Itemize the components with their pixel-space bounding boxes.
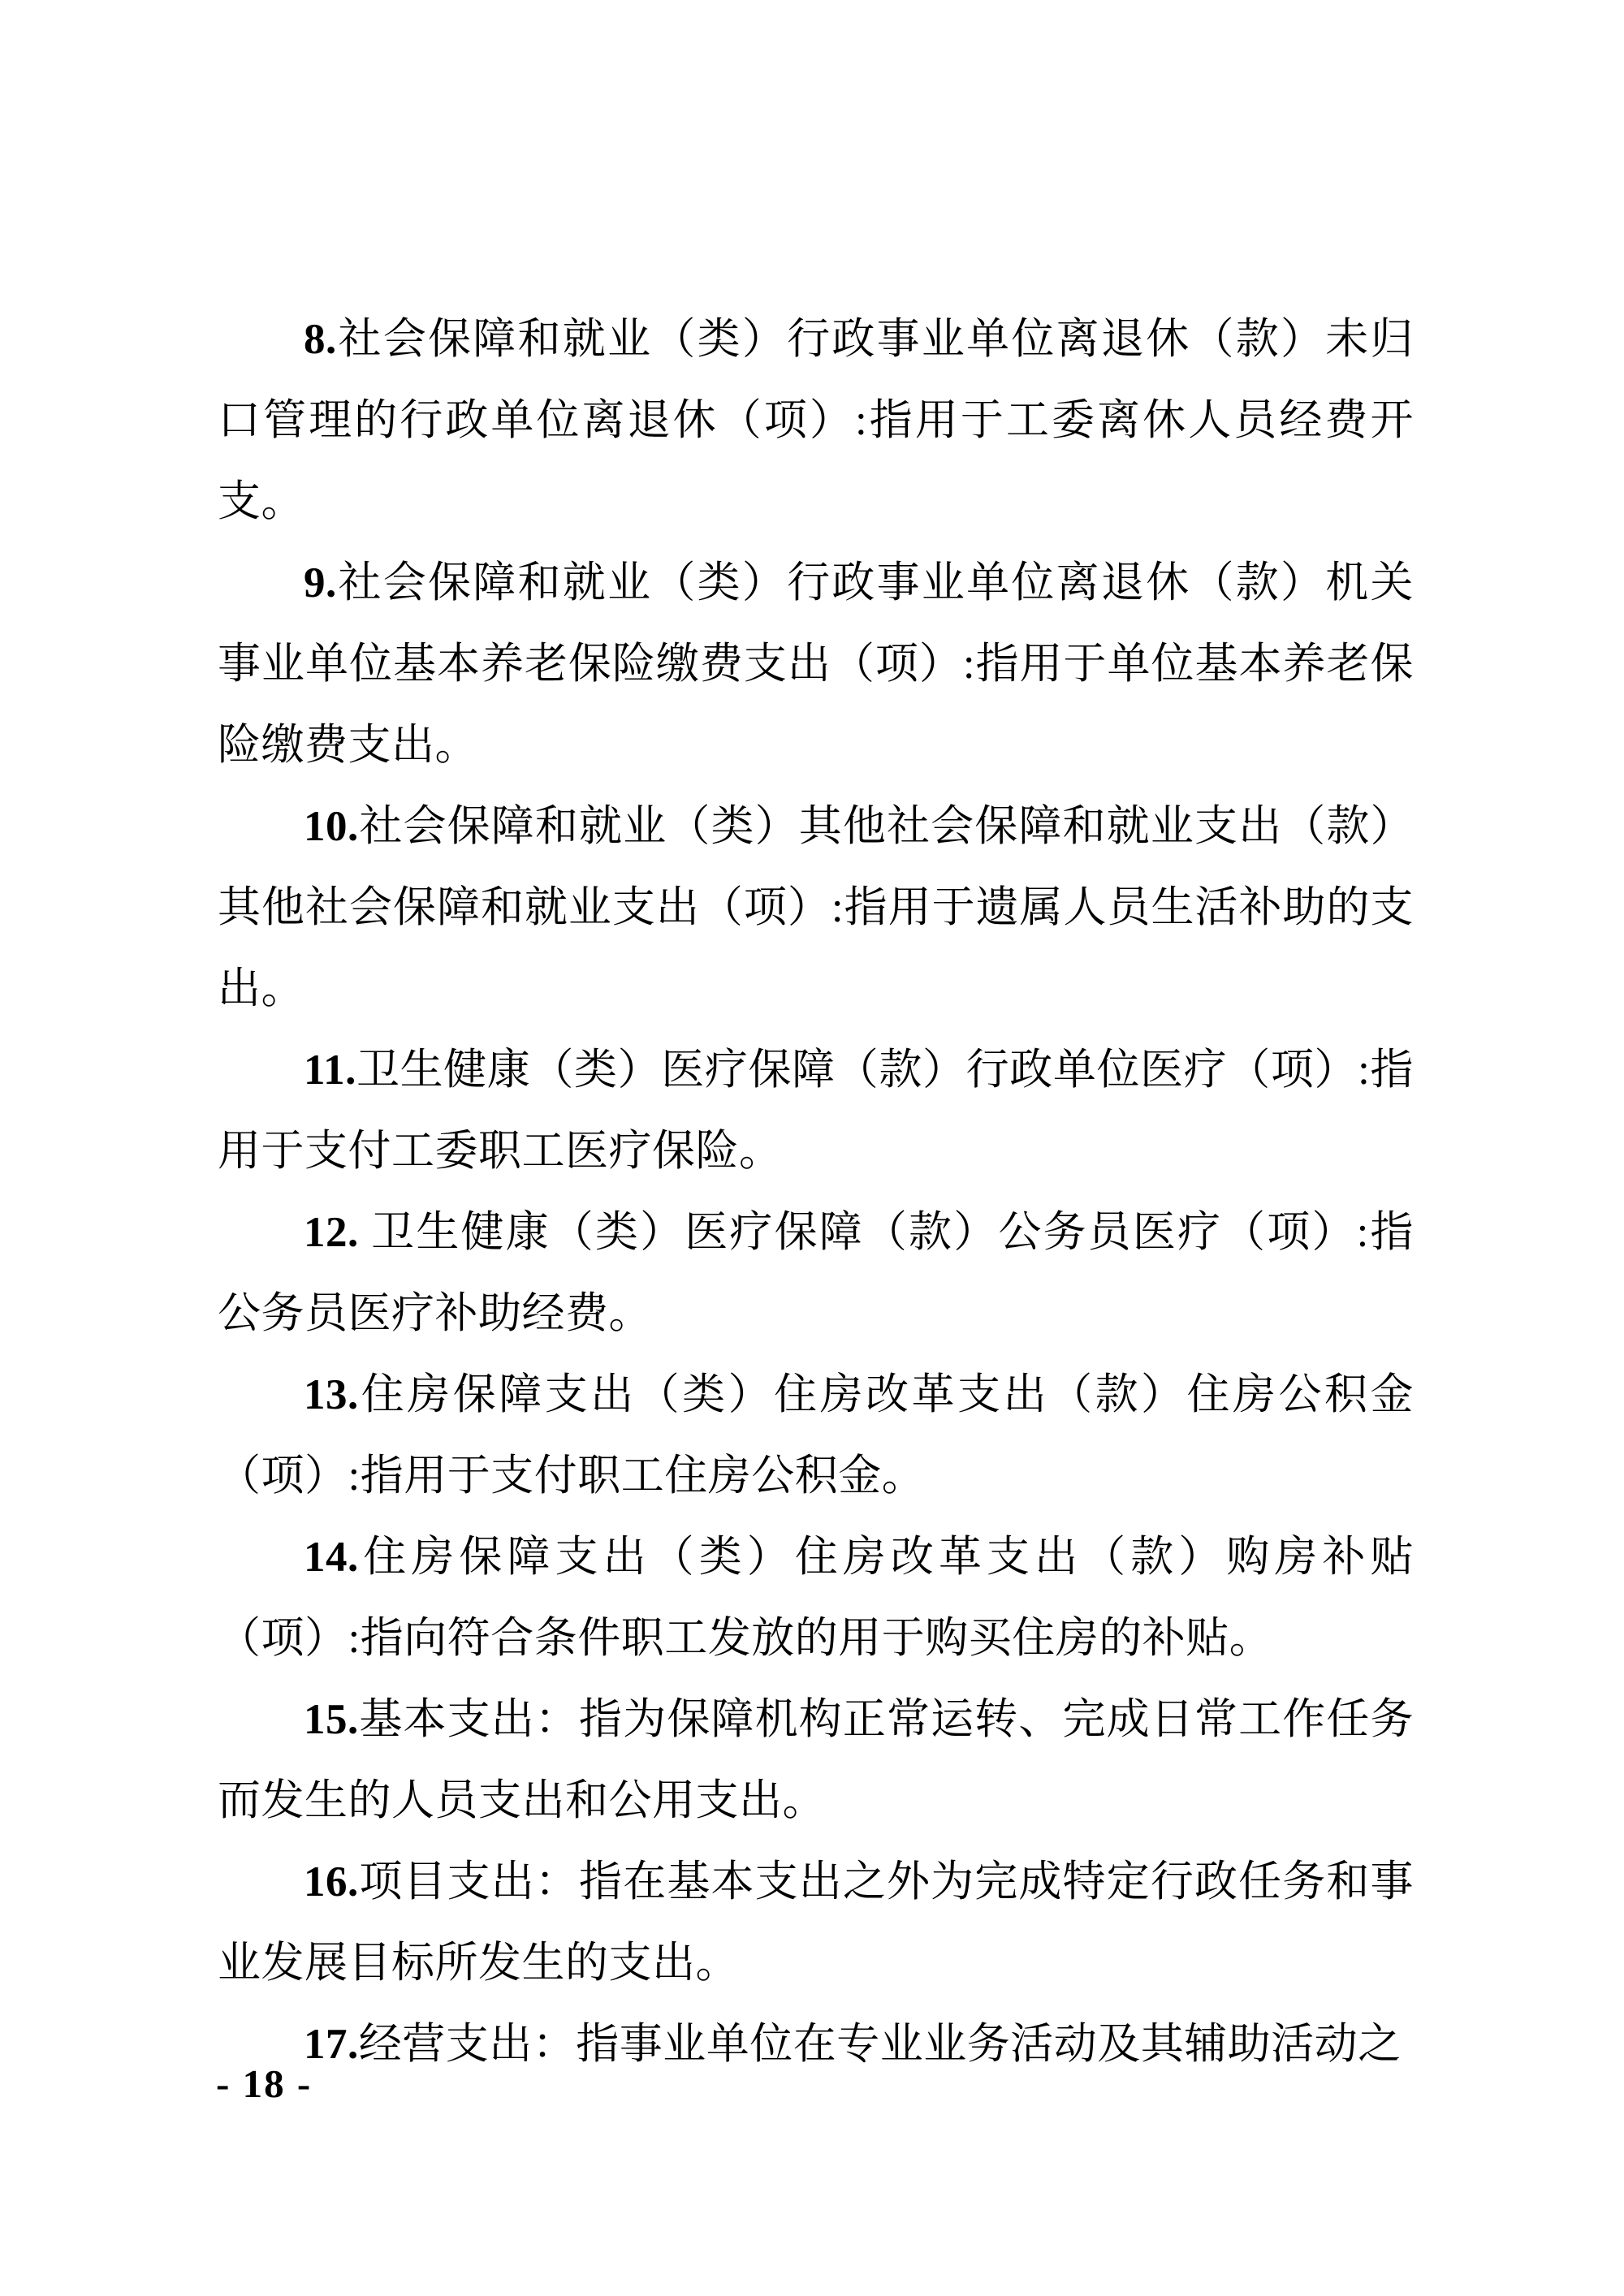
item-number: 10. bbox=[304, 803, 359, 850]
paragraph-item-14: 14.住房保障支出（类）住房改革支出（款）购房补贴（项）:指向符合条件职工发放的… bbox=[218, 1517, 1414, 1679]
paragraph-item-12: 12. 卫生健康（类）医疗保障（款）公务员医疗（项）:指公务员医疗补助经费。 bbox=[218, 1192, 1414, 1354]
item-number: 8. bbox=[304, 316, 337, 363]
item-text: 住房保障支出（类）住房改革支出（款）住房公积金（项）:指用于支付职工住房公积金。 bbox=[218, 1371, 1414, 1500]
item-text: 卫生健康（类）医疗保障（款）行政单位医疗（项）:指用于支付工委职工医疗保险。 bbox=[218, 1047, 1414, 1175]
document-page: 8.社会保障和就业（类）行政事业单位离退休（款）未归口管理的行政单位离退休（项）… bbox=[0, 0, 1624, 2296]
item-text: 项目支出：指在基本支出之外为完成特定行政任务和事业发展目标所发生的支出。 bbox=[218, 1858, 1414, 1987]
paragraph-item-8: 8.社会保障和就业（类）行政事业单位离退休（款）未归口管理的行政单位离退休（项）… bbox=[218, 299, 1414, 542]
item-number: 16. bbox=[304, 1858, 359, 1905]
item-number: 12. bbox=[304, 1209, 359, 1256]
paragraph-item-11: 11.卫生健康（类）医疗保障（款）行政单位医疗（项）:指用于支付工委职工医疗保险… bbox=[218, 1029, 1414, 1192]
item-text: 社会保障和就业（类）行政事业单位离退休（款）未归口管理的行政单位离退休（项）:指… bbox=[218, 316, 1414, 525]
paragraph-item-17: 17.经营支出：指事业单位在专业业务活动及其辅助活动之 bbox=[218, 2004, 1414, 2085]
item-number: 17. bbox=[304, 2021, 359, 2068]
item-text: 社会保障和就业（类）其他社会保障和就业支出（款）其他社会保障和就业支出（项）:指… bbox=[218, 803, 1414, 1012]
item-text: 社会保障和就业（类）行政事业单位离退休（款）机关事业单位基本养老保险缴费支出（项… bbox=[218, 559, 1414, 769]
document-body: 8.社会保障和就业（类）行政事业单位离退休（款）未归口管理的行政单位离退休（项）… bbox=[218, 299, 1414, 2085]
item-number: 11. bbox=[304, 1047, 356, 1094]
paragraph-item-13: 13.住房保障支出（类）住房改革支出（款）住房公积金（项）:指用于支付职工住房公… bbox=[218, 1354, 1414, 1517]
item-text: 住房保障支出（类）住房改革支出（款）购房补贴（项）:指向符合条件职工发放的用于购… bbox=[218, 1534, 1414, 1662]
item-number: 9. bbox=[304, 559, 337, 606]
item-text: 经营支出：指事业单位在专业业务活动及其辅助活动之 bbox=[359, 2021, 1402, 2068]
page-number: - 18 - bbox=[216, 2061, 312, 2107]
item-number: 15. bbox=[304, 1696, 359, 1743]
item-number: 14. bbox=[304, 1534, 359, 1581]
paragraph-item-16: 16.项目支出：指在基本支出之外为完成特定行政任务和事业发展目标所发生的支出。 bbox=[218, 1841, 1414, 2004]
paragraph-item-9: 9.社会保障和就业（类）行政事业单位离退休（款）机关事业单位基本养老保险缴费支出… bbox=[218, 542, 1414, 786]
item-text: 基本支出：指为保障机构正常运转、完成日常工作任务而发生的人员支出和公用支出。 bbox=[218, 1696, 1414, 1824]
item-text: 卫生健康（类）医疗保障（款）公务员医疗（项）:指公务员医疗补助经费。 bbox=[218, 1209, 1414, 1337]
paragraph-item-15: 15.基本支出：指为保障机构正常运转、完成日常工作任务而发生的人员支出和公用支出… bbox=[218, 1679, 1414, 1841]
paragraph-item-10: 10.社会保障和就业（类）其他社会保障和就业支出（款）其他社会保障和就业支出（项… bbox=[218, 786, 1414, 1029]
item-number: 13. bbox=[304, 1371, 359, 1418]
